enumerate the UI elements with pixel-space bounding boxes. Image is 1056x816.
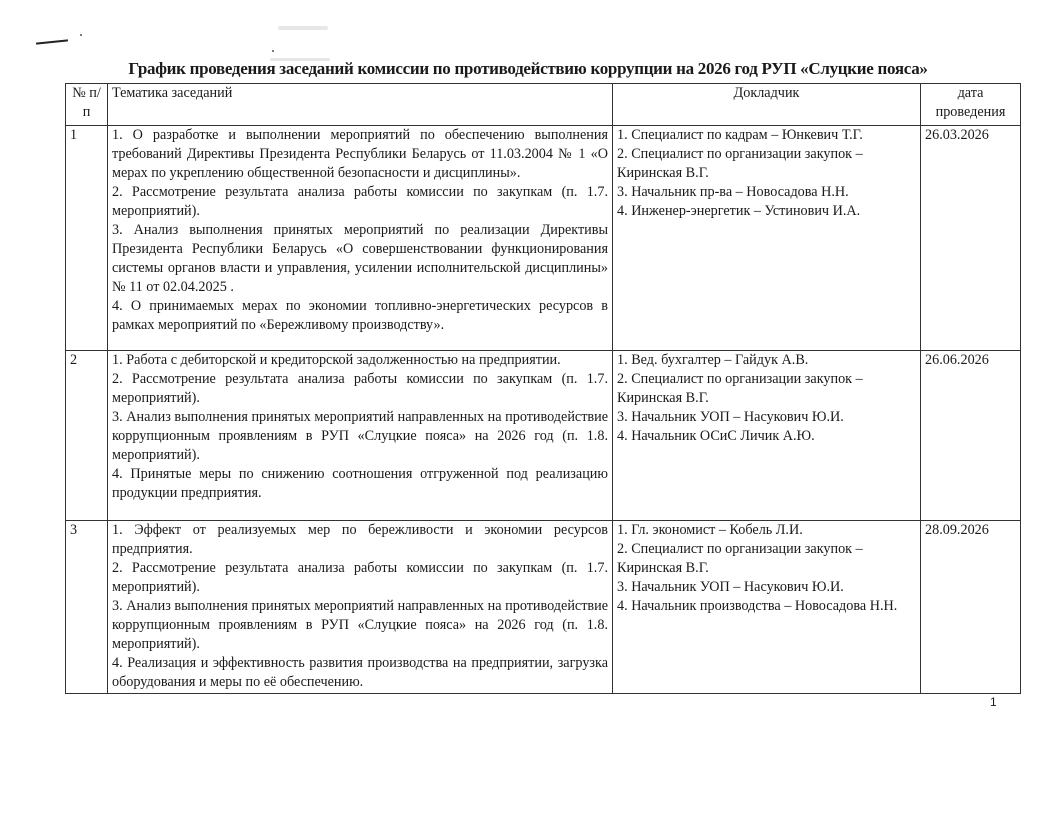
meeting-topics: 1. Работа с дебиторской и кредиторской з… xyxy=(108,351,613,521)
meeting-topics: 1. Эффект от реализуемых мер по бережлив… xyxy=(108,521,613,694)
topic-item: 2. Рассмотрение результата анализа работ… xyxy=(112,370,608,408)
document-title: График проведения заседаний комиссии по … xyxy=(0,59,1056,79)
header-number: № п/п xyxy=(66,84,108,126)
speaker-item: 3. Начальник УОП – Насукович Ю.И. xyxy=(617,408,916,427)
table-row: 3 1. Эффект от реализуемых мер по бережл… xyxy=(66,521,1021,694)
speaker-item: 1. Гл. экономист – Кобель Л.И. xyxy=(617,521,916,540)
speaker-item: 1. Специалист по кадрам – Юнкевич Т.Г. xyxy=(617,126,916,145)
scan-dot xyxy=(80,34,82,36)
meeting-schedule-table: № п/п Тематика заседаний Докладчик дата … xyxy=(65,83,1021,694)
row-number: 3 xyxy=(66,521,108,694)
topic-item: 1. Эффект от реализуемых мер по бережлив… xyxy=(112,521,608,559)
table-row: 1 1. О разработке и выполнении мероприят… xyxy=(66,126,1021,351)
meeting-topics: 1. О разработке и выполнении мероприятий… xyxy=(108,126,613,351)
speaker-item: 4. Начальник производства – Новосадова Н… xyxy=(617,597,916,616)
scan-dot xyxy=(272,50,274,52)
speaker-item: 4. Инженер-энергетик – Устинович И.А. xyxy=(617,202,916,221)
speaker-item: 2. Специалист по организации закупок – К… xyxy=(617,370,916,408)
speakers: 1. Вед. бухгалтер – Гайдук А.В. 2. Специ… xyxy=(613,351,921,521)
header-date: дата проведения xyxy=(921,84,1021,126)
meeting-date: 26.06.2026 xyxy=(921,351,1021,521)
speaker-item: 2. Специалист по организации закупок – К… xyxy=(617,540,916,578)
header-speaker: Докладчик xyxy=(613,84,921,126)
topic-item: 3. Анализ выполнения принятых мероприяти… xyxy=(112,221,608,297)
topic-item: 1. Работа с дебиторской и кредиторской з… xyxy=(112,351,608,370)
topic-item: 2. Рассмотрение результата анализа работ… xyxy=(112,183,608,221)
header-topic: Тематика заседаний xyxy=(108,84,613,126)
speaker-item: 1. Вед. бухгалтер – Гайдук А.В. xyxy=(617,351,916,370)
speaker-item: 3. Начальник УОП – Насукович Ю.И. xyxy=(617,578,916,597)
topic-item: 2. Рассмотрение результата анализа работ… xyxy=(112,559,608,597)
scan-smudge xyxy=(278,26,328,30)
topic-item: 4. О принимаемых мерах по экономии топли… xyxy=(112,297,608,335)
topic-item: 4. Реализация и эффективность развития п… xyxy=(112,654,608,692)
row-number: 1 xyxy=(66,126,108,351)
topic-item: 4. Принятые меры по снижению соотношения… xyxy=(112,465,608,503)
speakers: 1. Гл. экономист – Кобель Л.И. 2. Специа… xyxy=(613,521,921,694)
meeting-date: 26.03.2026 xyxy=(921,126,1021,351)
meeting-date: 28.09.2026 xyxy=(921,521,1021,694)
speaker-item: 2. Специалист по организации закупок – К… xyxy=(617,145,916,183)
topic-item: 3. Анализ выполнения принятых мероприяти… xyxy=(112,597,608,654)
scan-mark xyxy=(36,39,68,44)
speaker-item: 4. Начальник ОСиС Личик А.Ю. xyxy=(617,427,916,446)
page-number: 1 xyxy=(990,695,997,709)
speakers: 1. Специалист по кадрам – Юнкевич Т.Г. 2… xyxy=(613,126,921,351)
table-header-row: № п/п Тематика заседаний Докладчик дата … xyxy=(66,84,1021,126)
topic-item: 3. Анализ выполнения принятых мероприяти… xyxy=(112,408,608,465)
row-number: 2 xyxy=(66,351,108,521)
table-row: 2 1. Работа с дебиторской и кредиторской… xyxy=(66,351,1021,521)
topic-item: 1. О разработке и выполнении мероприятий… xyxy=(112,126,608,183)
speaker-item: 3. Начальник пр-ва – Новосадова Н.Н. xyxy=(617,183,916,202)
